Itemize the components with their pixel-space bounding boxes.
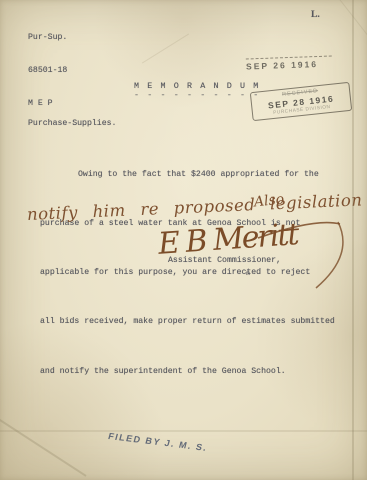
date-stamp-text: SEP 26 1916 [246,59,332,72]
typist-ref-line: M E P [28,98,67,109]
body-line: and notify the superintendent of the Gen… [40,364,348,380]
memo-document-page: Pur-Sup. 68501-18 M E P L. M E M O R A N… [0,0,367,480]
body-line: all bids received, make proper return of… [40,314,348,330]
filed-stamp: FILED BY J. M. S. [107,431,209,453]
date-stamp: SEP 26 1916 [246,56,332,72]
memo-body: Owing to the fact that $2400 appropriate… [40,134,348,413]
paper-crease-bottom [0,430,367,432]
file-number-line: 68501-18 [28,65,67,76]
signature-title: Assistant Commissioner, [168,256,281,265]
subject-line: Purchase-Supplies. [28,119,116,128]
paper-crease-right-edge [352,0,354,480]
body-line: applicable for this purpose, you are dir… [40,265,348,281]
received-stamp-box: RECEIVED SEP 28 1916 PURCHASE DIVISION [250,82,352,121]
paper-crease-top-center [142,34,189,64]
file-ref-line: Pur-Sup. [28,32,67,43]
heading-underline: - - - - - - - - - - [134,90,260,100]
corner-letter: L. [311,10,320,20]
paper-crease-bottom-left [0,415,87,476]
body-line: Owing to the fact that $2400 appropriate… [40,167,348,183]
typist-initials: m [246,270,250,277]
paper-crease-top-right [338,0,367,53]
file-number-block: Pur-Sup. 68501-18 M E P [28,10,67,131]
